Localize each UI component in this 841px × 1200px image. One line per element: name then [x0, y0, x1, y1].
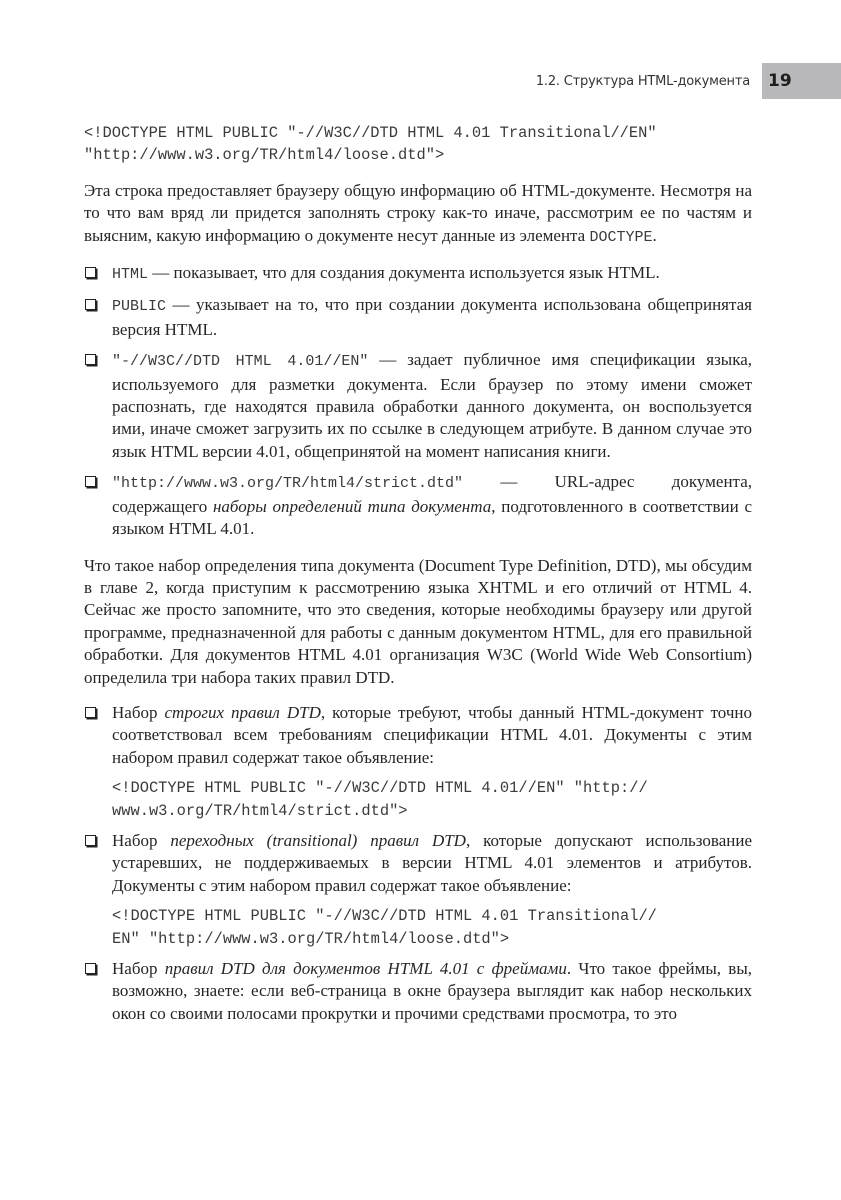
checkbox-bullet-icon: [85, 707, 96, 718]
list-item: HTML — показывает, что для создания доку…: [84, 262, 752, 286]
checkbox-bullet-icon: [85, 299, 96, 310]
list-item: "http://www.w3.org/TR/html4/strict.dtd" …: [84, 471, 752, 540]
inline-code: DOCTYPE: [589, 229, 652, 246]
dtd-sets-list: Набор строгих правил DTD, которые требую…: [84, 702, 752, 1025]
code-block-strict: <!DOCTYPE HTML PUBLIC "-//W3C//DTD HTML …: [112, 777, 752, 822]
code-block-doctype: <!DOCTYPE HTML PUBLIC "-//W3C//DTD HTML …: [84, 122, 752, 167]
doctype-parts-list: HTML — показывает, что для создания доку…: [84, 262, 752, 540]
intro-paragraph: Эта строка предоставляет браузеру общую …: [84, 180, 752, 249]
checkbox-bullet-icon: [85, 476, 96, 487]
list-item: "-//W3C//DTD HTML 4.01//EN" — задает пуб…: [84, 349, 752, 463]
list-item: PUBLIC — указывает на то, что при создан…: [84, 294, 752, 341]
checkbox-bullet-icon: [85, 835, 96, 846]
section-title: 1.2. Структура HTML-документа: [536, 74, 750, 89]
checkbox-bullet-icon: [85, 267, 96, 278]
list-item: Набор переходных (transitional) правил D…: [84, 830, 752, 950]
code-block-transitional: <!DOCTYPE HTML PUBLIC "-//W3C//DTD HTML …: [112, 905, 752, 950]
page-body: <!DOCTYPE HTML PUBLIC "-//W3C//DTD HTML …: [84, 122, 752, 1033]
checkbox-bullet-icon: [85, 354, 96, 365]
dtd-paragraph: Что такое набор определения типа докумен…: [84, 555, 752, 689]
checkbox-bullet-icon: [85, 963, 96, 974]
list-item: Набор правил DTD для документов HTML 4.0…: [84, 958, 752, 1025]
page-number: 19: [762, 63, 841, 99]
running-head: 1.2. Структура HTML-документа 19: [536, 63, 841, 99]
list-item: Набор строгих правил DTD, которые требую…: [84, 702, 752, 822]
